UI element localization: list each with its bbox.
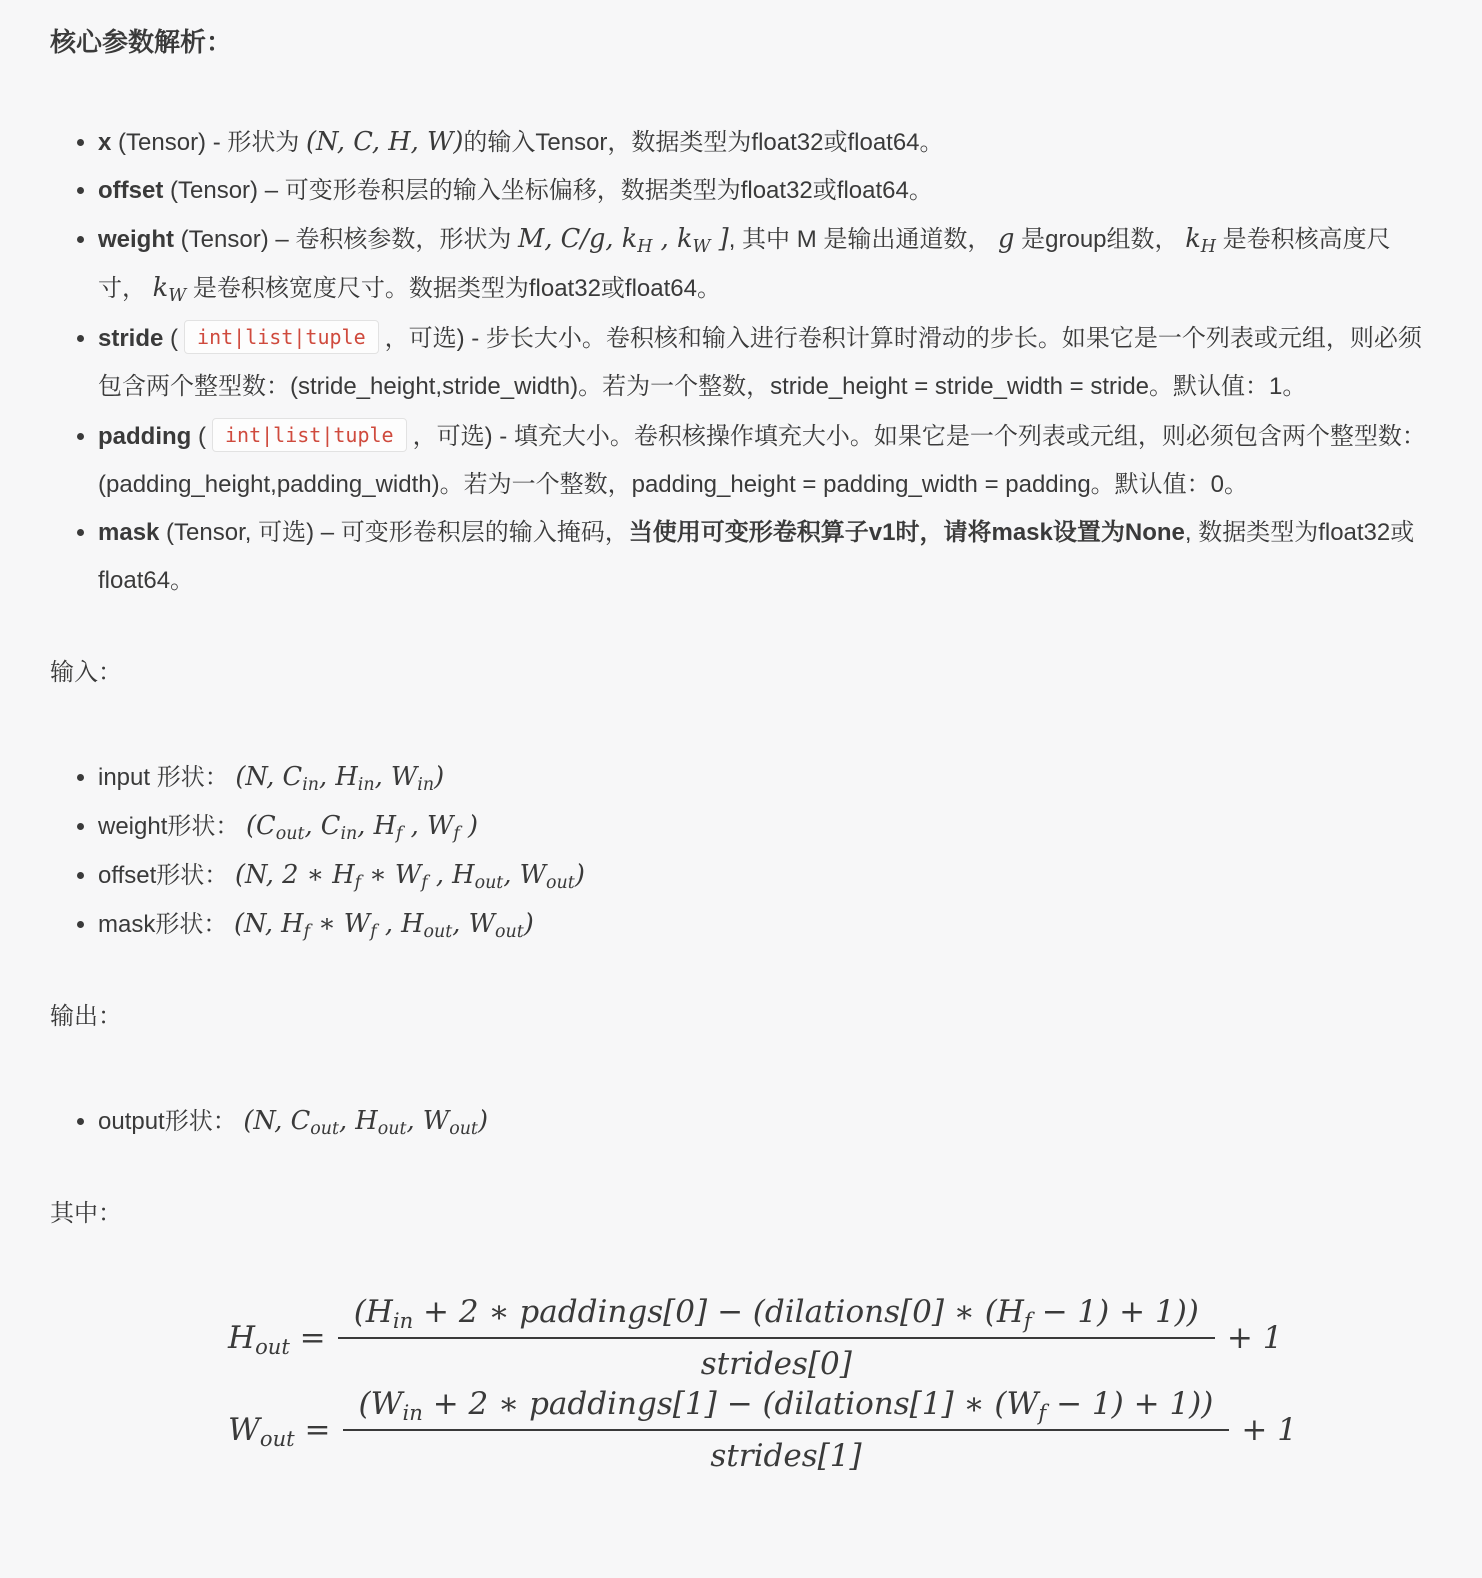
math-expression: (N, Cin, Hin, Win) bbox=[235, 762, 444, 792]
section-title-output: 输出： bbox=[50, 1001, 1432, 1033]
math-expression: kH bbox=[1185, 224, 1216, 254]
formula: Hout =(Hin + 2 ∗ paddings[0] − (dilation… bbox=[228, 1294, 1432, 1382]
bold-text: weight bbox=[98, 226, 174, 253]
bold-text: x bbox=[98, 129, 111, 156]
text: weight形状： bbox=[98, 813, 246, 840]
math-expression: (N, C, H, W) bbox=[306, 127, 463, 157]
text: (Tensor) – 可变形卷积层的输入坐标偏移，数据类型为float32或fl… bbox=[163, 177, 933, 204]
text: 是卷积核宽度尺寸。数据类型为float32或float64。 bbox=[186, 275, 721, 302]
math-expression: (N, 2 ∗ Hf ∗ Wf , Hout, Wout) bbox=[235, 860, 585, 890]
param-list: x (Tensor) - 形状为 (N, C, H, W)的输入Tensor，数… bbox=[50, 118, 1432, 605]
text: output形状： bbox=[98, 1108, 243, 1135]
bold-text: stride bbox=[98, 325, 163, 352]
text: , 其中 M 是输出通道数， bbox=[729, 226, 998, 253]
text: input 形状： bbox=[98, 764, 235, 791]
list-item: offset (Tensor) – 可变形卷积层的输入坐标偏移，数据类型为flo… bbox=[98, 167, 1432, 215]
bold-text: 当使用可变形卷积算子v1时，请将mask设置为None bbox=[629, 519, 1185, 546]
section-title-input: 输入： bbox=[50, 657, 1432, 689]
list-item: weight形状： (Cout, Cin, Hf , Wf ) bbox=[98, 802, 1432, 851]
formula: Wout =(Win + 2 ∗ paddings[1] − (dilation… bbox=[228, 1386, 1432, 1474]
list-item: input 形状： (N, Cin, Hin, Win) bbox=[98, 753, 1432, 802]
input-shape-list: input 形状： (N, Cin, Hin, Win)weight形状： (C… bbox=[50, 753, 1432, 949]
list-item: stride (int|list|tuple，可选) - 步长大小。卷积核和输入… bbox=[98, 313, 1432, 411]
formula-fraction: (Hin + 2 ∗ paddings[0] − (dilations[0] ∗… bbox=[338, 1294, 1215, 1382]
output-shape-list: output形状： (N, Cout, Hout, Wout) bbox=[50, 1097, 1432, 1146]
inline-code: int|list|tuple bbox=[212, 418, 407, 452]
math-expression: M, C/g, kH , kW ] bbox=[518, 224, 729, 254]
list-item: padding (int|list|tuple，可选) - 填充大小。卷积核操作… bbox=[98, 411, 1432, 509]
text: offset形状： bbox=[98, 862, 235, 889]
text: 是group组数， bbox=[1014, 226, 1185, 253]
list-item: x (Tensor) - 形状为 (N, C, H, W)的输入Tensor，数… bbox=[98, 118, 1432, 167]
bold-text: padding bbox=[98, 423, 191, 450]
formula-fraction: (Win + 2 ∗ paddings[1] − (dilations[1] ∗… bbox=[343, 1386, 1230, 1474]
doc-page: 核心参数解析： x (Tensor) - 形状为 (N, C, H, W)的输入… bbox=[0, 0, 1482, 1516]
formula-suffix: + 1 bbox=[1241, 1412, 1297, 1448]
text: 的输入Tensor，数据类型为float32或float64。 bbox=[463, 129, 943, 156]
formula-lhs: Hout = bbox=[228, 1320, 326, 1356]
list-item: mask (Tensor, 可选) – 可变形卷积层的输入掩码，当使用可变形卷积… bbox=[98, 509, 1432, 605]
math-expression: g bbox=[998, 224, 1014, 254]
formula-suffix: + 1 bbox=[1227, 1320, 1283, 1356]
formula-block: Hout =(Hin + 2 ∗ paddings[0] − (dilation… bbox=[228, 1294, 1432, 1474]
math-expression: kW bbox=[153, 273, 187, 303]
list-item: weight (Tensor) – 卷积核参数，形状为 M, C/g, kH ,… bbox=[98, 215, 1432, 313]
page-title: 核心参数解析： bbox=[50, 26, 1432, 58]
list-item: mask形状： (N, Hf ∗ Wf , Hout, Wout) bbox=[98, 900, 1432, 949]
list-item: output形状： (N, Cout, Hout, Wout) bbox=[98, 1097, 1432, 1146]
text: ( bbox=[191, 423, 206, 450]
formula-numerator: (Win + 2 ∗ paddings[1] − (dilations[1] ∗… bbox=[343, 1386, 1230, 1431]
text: (Tensor, 可选) – 可变形卷积层的输入掩码， bbox=[159, 519, 628, 546]
bold-text: offset bbox=[98, 177, 163, 204]
list-item: offset形状： (N, 2 ∗ Hf ∗ Wf , Hout, Wout) bbox=[98, 851, 1432, 900]
bold-text: mask bbox=[98, 519, 159, 546]
text: (Tensor) - 形状为 bbox=[111, 129, 306, 156]
formula-numerator: (Hin + 2 ∗ paddings[0] − (dilations[0] ∗… bbox=[338, 1294, 1215, 1339]
formula-denominator: strides[0] bbox=[685, 1339, 868, 1382]
text: (Tensor) – 卷积核参数，形状为 bbox=[174, 226, 518, 253]
formula-denominator: strides[1] bbox=[694, 1431, 877, 1474]
text: mask形状： bbox=[98, 911, 234, 938]
section-title-where: 其中： bbox=[50, 1198, 1432, 1230]
math-expression: (Cout, Cin, Hf , Wf ) bbox=[246, 811, 478, 841]
math-expression: (N, Cout, Hout, Wout) bbox=[243, 1106, 488, 1136]
text: ( bbox=[163, 325, 178, 352]
formula-lhs: Wout = bbox=[228, 1412, 331, 1448]
inline-code: int|list|tuple bbox=[184, 320, 379, 354]
math-expression: (N, Hf ∗ Wf , Hout, Wout) bbox=[234, 909, 534, 939]
